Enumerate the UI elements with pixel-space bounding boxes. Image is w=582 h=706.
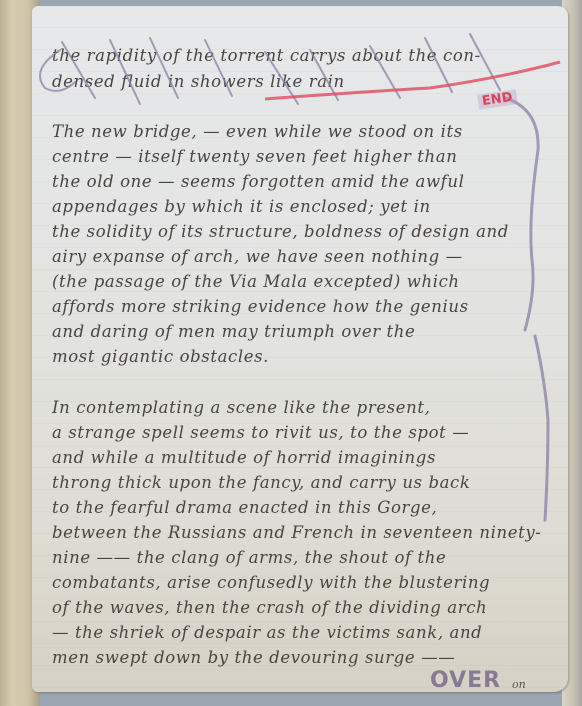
paragraph-1-line: (the passage of the Via Mala excepted) w… — [52, 272, 460, 291]
catchword: on — [512, 678, 526, 691]
paragraph-1-line: most gigantic obstacles. — [52, 347, 269, 366]
paragraph-2-line: to the fearful drama enacted in this Gor… — [52, 498, 437, 517]
cancelled-line-2: densed fluid in showers like rain — [52, 72, 345, 91]
cancelled-line-1: the rapidity of the torrent carrys about… — [52, 46, 481, 65]
paragraph-1-line: centre — itself twenty seven feet higher… — [52, 147, 457, 166]
paragraph-2-line: and while a multitude of horrid imaginin… — [52, 448, 436, 467]
paragraph-2-line: a strange spell seems to rivit us, to th… — [52, 423, 469, 442]
paragraph-1-line: affords more striking evidence how the g… — [52, 297, 469, 316]
paragraph-2-line: — the shriek of despair as the victims s… — [52, 623, 482, 642]
over-stamp: OVER — [430, 668, 501, 693]
paragraph-1-line: and daring of men may triumph over the — [52, 322, 415, 341]
paragraph-2-line: In contemplating a scene like the presen… — [52, 398, 430, 417]
paragraph-2-line: combatants, arise confusedly with the bl… — [52, 573, 490, 592]
paragraph-1-line: the solidity of its structure, boldness … — [52, 222, 509, 241]
paragraph-1-line: the old one — seems forgotten amid the a… — [52, 172, 464, 191]
paragraph-2-line: throng thick upon the fancy, and carry u… — [52, 473, 471, 492]
paragraph-2-line: of the waves, then the crash of the divi… — [52, 598, 487, 617]
paragraph-2-line: men swept down by the devouring surge —— — [52, 648, 455, 667]
paragraph-1-line: The new bridge, — even while we stood on… — [52, 122, 463, 141]
paragraph-1-line: airy expanse of arch, we have seen nothi… — [52, 247, 463, 266]
paragraph-2-line: nine —— the clang of arms, the shout of … — [52, 548, 446, 567]
paragraph-2-line: between the Russians and French in seven… — [52, 523, 541, 542]
paragraph-1-line: appendages by which it is enclosed; yet … — [52, 197, 431, 216]
